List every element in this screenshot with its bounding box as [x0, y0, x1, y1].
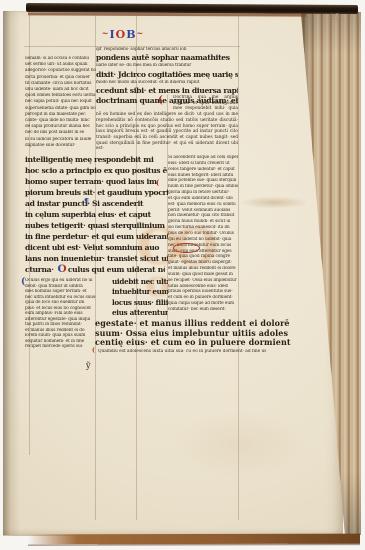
text-line: in cęlum superbia eius· et caput [25, 209, 168, 220]
paraph-mark: ¶ [84, 197, 89, 205]
gloss-line: celos tangere uideatur· et caput [168, 167, 238, 173]
text-line: nubes tetigerit· quasi sterquilinium [25, 220, 168, 231]
text-line: suum· Ossa eius implebuntur uitiis adole… [95, 329, 291, 339]
running-title-letter: B [126, 28, 136, 41]
text-line: locus suus· filii [112, 298, 168, 308]
manuscript-photo: OOo ~IOB~ ueniam· si ad occisū ē contanū… [0, 0, 365, 550]
verse-fragment: culus qui eum uiderat nō [68, 265, 165, 274]
paraph-mark: ( [156, 179, 159, 186]
text-line: hoc scio a principio ex quo positus ē [25, 165, 168, 176]
text-line: eius atterentur [112, 308, 168, 318]
running-title-letters: IOB [109, 28, 136, 41]
text-line: ad instar puncti· Si ascenderit [25, 198, 168, 209]
running-title: ~IOB~ [92, 27, 154, 41]
paraph-mark: ( [158, 96, 163, 106]
marginal-gloss-left-bottom: Oculus ergo qui eū uiderat nō uidebit· q… [25, 278, 97, 350]
gloss-with-lemma: doctrinam quame arguis audiam· et spūsDo… [96, 95, 238, 153]
gloss-line: Oculus ergo qui eū uiderat nō ui [25, 278, 97, 284]
text-line: pondens autē sophar naamathites [96, 53, 238, 63]
text-line: intelligentię meę respondebit mi [25, 154, 168, 165]
main-text-middle: intelligentię meę respondebit mihoc scio… [25, 154, 168, 264]
gloss-line: recipiet mercedē operis sui· [25, 344, 97, 350]
gloss-line: Si ascenderit usque ad celū superbia [168, 155, 238, 161]
gloss-line: qui eū uiderat nō uidebit· quia [168, 237, 238, 243]
gloss-line: comitatur· nec eum deserit· [168, 307, 238, 313]
gloss-line: et qui eum uiderant dicent· ubi [168, 196, 238, 202]
text-line: dixit· Jdcirco cogitatiōes meę uarię su [96, 70, 238, 80]
gloss-line: est· quia memoria eius cū sonitu [168, 202, 238, 208]
parchment-stain [225, 194, 323, 211]
text-line: piorum breuis sit· et gaudium ypocritę [25, 187, 168, 198]
gloss-line: superueniētia ditate· quia gdm nō [25, 106, 96, 112]
text-line: homo super terram· quod laus im [25, 176, 168, 187]
gloss-line: dicta prouerbia· et quia conuer [25, 75, 96, 81]
main-text-narrow-column: uidebit nec ultraintuebitur eum·locus su… [112, 277, 168, 319]
verse-line-nocturna: cturna· Oculus qui eum uiderat nō [25, 263, 165, 275]
gloss-line: et manus illius reddent ei dolorē [168, 266, 238, 272]
book-bottom-edge [28, 534, 360, 545]
gloss-line: dāpnatōe siue docentur· [25, 143, 96, 149]
paraph-mark [173, 243, 200, 253]
gloss-line: dies hominis super terram· et [25, 289, 97, 295]
main-text-bottom-lines: egestate· et manus illius reddent ei dol… [95, 319, 291, 348]
text-line: dicent ubi est· Velut somnium auo [25, 242, 168, 253]
lemma-line: doctrinam qua [96, 96, 154, 105]
gloss-line: allegorice· cōpunctōe suggerat hoc [25, 68, 96, 74]
flourish-right: ~ [137, 28, 145, 38]
gloss-line: in sū iudiciis peccatorū in laudē [25, 137, 96, 143]
decorated-initial-O: O [56, 263, 68, 275]
gloss-line: nec sapīa potuit· quia hec loquit [25, 99, 96, 105]
main-text-opening: qd' respondens· sophar tercius amicorū i… [96, 47, 238, 96]
paraph-mark: ( [21, 278, 25, 287]
marginal-gloss-right: Si ascenderit usque ad celū superbiaeius… [168, 155, 238, 313]
quire-signature: ỹ [86, 361, 91, 370]
text-line: centię eius· et cum eo in puluere dormie… [95, 338, 291, 348]
paraph-mark: ( [92, 348, 95, 354]
text-line: egestate· et manus illius reddent ei dol… [95, 319, 291, 329]
gloss-line: suum· quia quod male gessit in [168, 272, 238, 278]
running-title-letter: O [116, 28, 127, 41]
gloss-line: pius de loco suo tollitur· Oculus [168, 231, 238, 237]
text-line: intuebitur eum· [112, 287, 168, 297]
gloss-line: eius· idest si tantū creuerit ut [168, 161, 238, 167]
verse-fragment: cturna· [25, 265, 56, 274]
parchment-stain [150, 400, 330, 490]
folio-number: 99 [328, 12, 341, 23]
gloss-footnote-line: Quamdiu est adolescens iuxta uitia sua· … [98, 349, 266, 354]
binding-leather-line [28, 12, 306, 16]
gloss-line: se recipiet· Ossa eius implebūtur [168, 278, 238, 284]
gutter-shadow [3, 11, 20, 535]
text-line: in fine perdetur· et qui eum uiderant [25, 231, 168, 242]
text-line: uidebit nec ultra [112, 277, 168, 287]
marginal-gloss-left-top: ueniam· si ad occisū ē contanūuet sermo … [25, 56, 96, 149]
